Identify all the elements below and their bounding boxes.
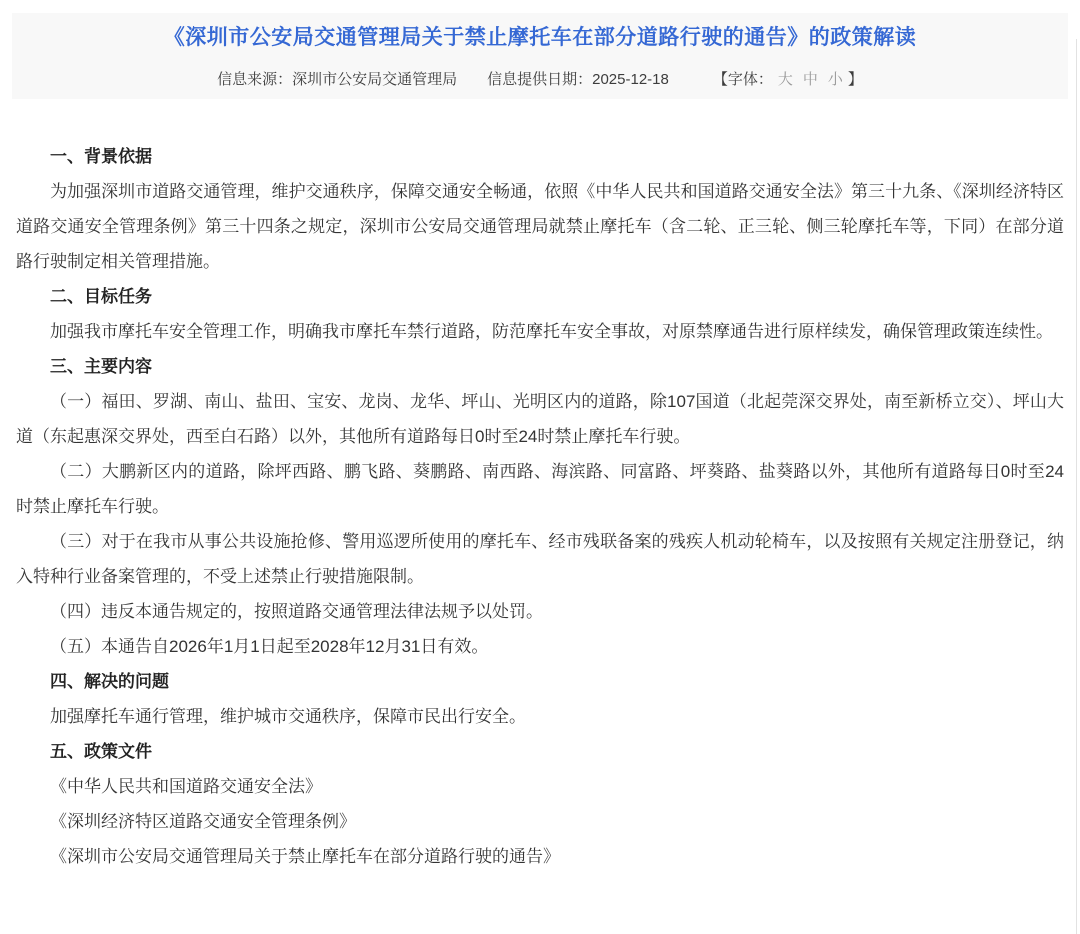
paragraph-item-3: （三）对于在我市从事公共设施抢修、警用巡逻所使用的摩托车、经市残联备案的残疾人机…	[16, 524, 1064, 594]
font-size-large-button[interactable]: 大	[778, 68, 793, 89]
paragraph-item-5: （五）本通告自2026年1月1日起至2028年12月31日有效。	[16, 629, 1064, 664]
meta-source-label: 信息来源：	[217, 71, 292, 88]
meta-date-label: 信息提供日期：	[487, 71, 592, 88]
section-heading-background: 一、背景依据	[16, 139, 1064, 174]
font-size-switcher: 【字体：大中小】	[713, 68, 863, 89]
article-meta: 信息来源：深圳市公安局交通管理局 信息提供日期：2025-12-18 【字体：大…	[12, 68, 1068, 89]
font-size-small-button[interactable]: 小	[828, 68, 843, 89]
section-heading-policy-files: 五、政策文件	[16, 734, 1064, 769]
article-header: 《深圳市公安局交通管理局关于禁止摩托车在部分道路行驶的通告》的政策解读 信息来源…	[12, 13, 1068, 99]
section-heading-main-content: 三、主要内容	[16, 349, 1064, 384]
paragraph-item-1: （一）福田、罗湖、南山、盐田、宝安、龙岗、龙华、坪山、光明区内的道路，除107国…	[16, 384, 1064, 454]
paragraph-problems-solved: 加强摩托车通行管理，维护城市交通秩序，保障市民出行安全。	[16, 699, 1064, 734]
policy-document-link-sez-regulation[interactable]: 《深圳经济特区道路交通安全管理条例》	[16, 804, 1064, 839]
paragraph-goals: 加强我市摩托车安全管理工作，明确我市摩托车禁行道路，防范摩托车安全事故，对原禁摩…	[16, 314, 1064, 349]
font-switcher-close-label: 】	[848, 71, 863, 88]
section-heading-problems-solved: 四、解决的问题	[16, 664, 1064, 699]
meta-date: 信息提供日期：2025-12-18	[487, 68, 669, 89]
section-heading-goals: 二、目标任务	[16, 279, 1064, 314]
font-switcher-open-label: 【字体：	[713, 71, 773, 88]
paragraph-item-2: （二）大鹏新区内的道路，除坪西路、鹏飞路、葵鹏路、南西路、海滨路、同富路、坪葵路…	[16, 454, 1064, 524]
page-container: 《深圳市公安局交通管理局关于禁止摩托车在部分道路行驶的通告》的政策解读 信息来源…	[0, 13, 1080, 934]
article-body: 一、背景依据 为加强深圳市道路交通管理，维护交通秩序，保障交通安全畅通，依照《中…	[0, 99, 1080, 934]
policy-document-link-road-safety-law[interactable]: 《中华人民共和国道路交通安全法》	[16, 769, 1064, 804]
page-right-border	[1076, 39, 1077, 934]
meta-source: 信息来源：深圳市公安局交通管理局	[217, 68, 457, 89]
meta-source-value: 深圳市公安局交通管理局	[292, 71, 457, 88]
meta-date-value: 2025-12-18	[592, 71, 669, 88]
font-size-medium-button[interactable]: 中	[803, 68, 818, 89]
paragraph-background: 为加强深圳市道路交通管理，维护交通秩序，保障交通安全畅通，依照《中华人民共和国道…	[16, 174, 1064, 279]
paragraph-item-4: （四）违反本通告规定的，按照道路交通管理法律法规予以处罚。	[16, 594, 1064, 629]
policy-document-link-motorcycle-notice[interactable]: 《深圳市公安局交通管理局关于禁止摩托车在部分道路行驶的通告》	[16, 839, 1064, 874]
page-title: 《深圳市公安局交通管理局关于禁止摩托车在部分道路行驶的通告》的政策解读	[12, 26, 1068, 50]
